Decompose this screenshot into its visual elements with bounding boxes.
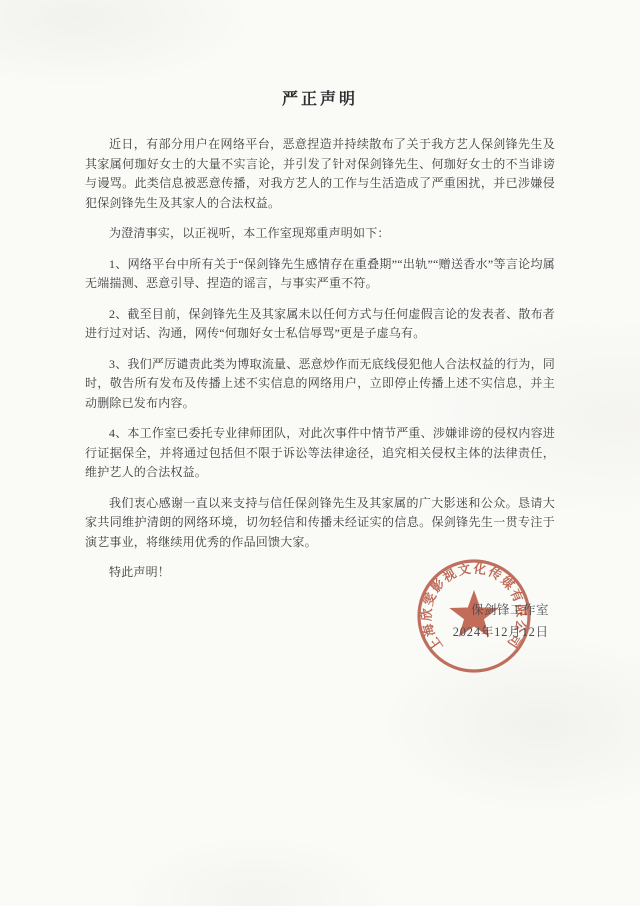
statement-item-4: 4、本工作室已委托专业律师团队，对此次事件中情节严重、涉嫌诽谤的侵权内容进行证据… <box>85 424 555 483</box>
studio-signature: 保剑锋工作室 <box>453 600 549 618</box>
signature-block: 保剑锋工作室 2024年12月12日 <box>453 600 549 640</box>
statement-paragraph-intro: 近日，有部分用户在网络平台，恶意捏造并持续散布了关于我方艺人保剑锋先生及其家属何… <box>85 135 555 213</box>
statement-item-3: 3、我们严厉谴责此类为博取流量、恶意炒作而无底线侵犯他人合法权益的行为，同时，敬… <box>85 355 555 414</box>
statement-item-1: 1、网络平台中所有关于“保剑锋先生感情存在重叠期”“出轨”“赠送香水”等言论均属… <box>85 255 555 294</box>
statement-document: 严正声明 近日，有部分用户在网络平台，恶意捏造并持续散布了关于我方艺人保剑锋先生… <box>0 0 640 906</box>
statement-item-2: 2、截至目前，保剑锋先生及其家属未以任何方式与任何虚假言论的发表者、散布者进行过… <box>85 305 555 344</box>
statement-paragraph-thanks: 我们衷心感谢一直以来支持与信任保剑锋先生及其家属的广大影迷和公众。恳请大家共同维… <box>85 494 555 553</box>
statement-date: 2024年12月12日 <box>453 622 549 640</box>
statement-paragraph-lead: 为澄清事实，以正视听，本工作室现郑重声明如下： <box>85 224 555 244</box>
statement-title: 严正声明 <box>85 86 555 109</box>
statement-body: 近日，有部分用户在网络平台，恶意捏造并持续散布了关于我方艺人保剑锋先生及其家属何… <box>85 135 555 583</box>
